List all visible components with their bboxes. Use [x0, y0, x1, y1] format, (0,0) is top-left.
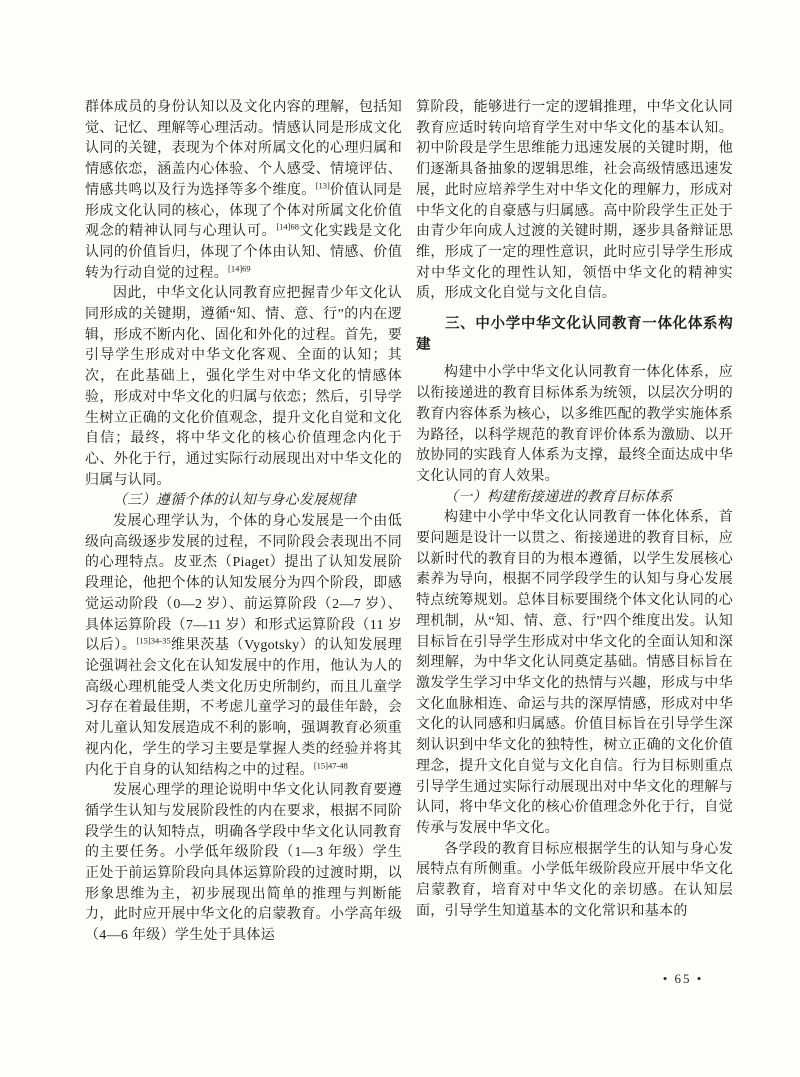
citation-ref: [15]47-48 [314, 760, 348, 770]
paragraph: 因此，中华文化认同教育应把握青少年文化认同形成的关键期，遵循“知、情、意、行”的… [85, 284, 402, 491]
page-number: • 65 • [628, 971, 738, 987]
citation-ref: [13] [316, 180, 330, 190]
right-column: 算阶段，能够进行一定的逻辑推理，中华文化认同教育应适时转向培育学生对中华文化的基… [416, 98, 733, 947]
citation-ref: [15]34-35 [137, 636, 171, 646]
subsection-heading: （一）构建衔接递进的教育目标体系 [416, 488, 733, 509]
citation-ref: [14]69 [228, 263, 251, 273]
page-content: 群体成员的身份认知以及文化内容的理解，包括知觉、记忆、理解等心理活动。情感认同是… [85, 98, 733, 947]
paragraph: 群体成员的身份认知以及文化内容的理解，包括知觉、记忆、理解等心理活动。情感认同是… [85, 98, 402, 284]
paragraph: 算阶段，能够进行一定的逻辑推理，中华文化认同教育应适时转向培育学生对中华文化的基… [416, 98, 733, 305]
paragraph: 构建中小学中华文化认同教育一体化体系，首要问题是设计一以贯之、衔接递进的教育目标… [416, 508, 733, 839]
section-heading: 三、中小学中华文化认同教育一体化体系构建 [416, 314, 733, 355]
paragraph: 各学段的教育目标应根据学生的认知与身心发展特点有所侧重。小学低年级阶段应开展中华… [416, 840, 733, 923]
paragraph: 发展心理学认为，个体的身心发展是一个由低级向高级逐步发展的过程，不同阶段会表现出… [85, 512, 402, 781]
paragraph-text: 发展心理学认为，个体的身心发展是一个由低级向高级逐步发展的过程，不同阶段会表现出… [85, 514, 402, 653]
paragraph-text: 维果茨基（Vygotsky）的认知发展理论强调社会文化在认知发展中的作用，他认为… [85, 638, 402, 777]
paragraph: 构建中小学中华文化认同教育一体化体系，应以衔接递进的教育目标体系为统领，以层次分… [416, 363, 733, 487]
left-column: 群体成员的身份认知以及文化内容的理解，包括知觉、记忆、理解等心理活动。情感认同是… [85, 98, 402, 947]
paragraph: 发展心理学的理论说明中华文化认同教育要遵循学生认知与发展阶段性的内在要求，根据不… [85, 781, 402, 947]
journal-page: 群体成员的身份认知以及文化内容的理解，包括知觉、记忆、理解等心理活动。情感认同是… [0, 0, 800, 1077]
subsection-heading: （三）遵循个体的认知与身心发展规律 [85, 491, 402, 512]
citation-ref: [14]68 [276, 222, 299, 232]
